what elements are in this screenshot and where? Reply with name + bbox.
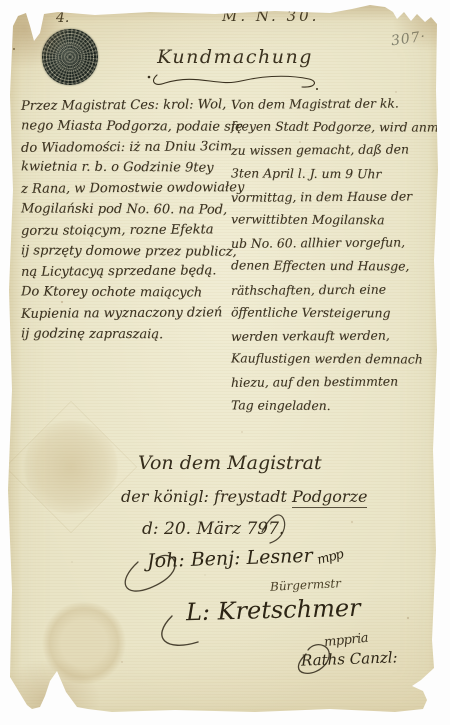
manuscript-line: gorzu stoiącym, rozne Efekta xyxy=(21,220,231,242)
scan-background: 4. M. N. 30. 307· Kundmachung Przez Magi… xyxy=(0,0,450,725)
closing-line-city: der königl: freystadt Podgorze xyxy=(121,487,367,506)
manuscript-line: Von dem Magistrat der kk. xyxy=(231,91,439,116)
closing-line-issuer: Von dem Magistrat xyxy=(138,452,322,474)
signature-mayor-name: Joh: Benj: Lesner xyxy=(147,545,313,573)
closing-date: d: 20. März 797. xyxy=(142,519,284,539)
signature-mayor: Joh: Benj: Lesnermpp xyxy=(147,544,343,573)
manuscript-line: räthschaften, durch eine xyxy=(231,277,439,302)
round-ink-seal-icon xyxy=(38,25,101,88)
manuscript-line: Kupienia na wyznaczony dzień xyxy=(21,303,231,325)
manuscript-line: Mogilański pod No. 60. na Pod, xyxy=(21,199,231,221)
document-title: Kundmachung xyxy=(145,46,325,68)
manuscript-line: ij sprzęty domowe przez publicz, xyxy=(21,241,231,263)
manuscript-line: Kauflustigen werden demnach xyxy=(231,347,439,371)
manuscript-line: Przez Magistrat Ces: krol: Wol, xyxy=(21,95,231,117)
manuscript-line: denen Effecten und Hausge, xyxy=(231,254,439,278)
manuscript-line: zu wissen gemacht, daß den xyxy=(231,138,439,163)
seal-bleedthrough-stain xyxy=(5,401,138,534)
closing-city-pre: der königl: freystadt xyxy=(121,487,292,506)
signature-clerk-title: Raths Canzl: xyxy=(301,648,398,669)
manuscript-line: 3ten April l. J. um 9 Uhr xyxy=(231,161,439,185)
manuscript-line: vormittag, in dem Hause der xyxy=(231,184,439,209)
manuscript-line: öffentliche Versteigerung xyxy=(231,300,439,324)
water-stain xyxy=(40,602,128,684)
signature-clerk-paraph: mppria xyxy=(323,631,368,651)
manuscript-line: z Rana, w Domostwie owdowiałey xyxy=(21,178,231,200)
manuscript-line: nego Miasta Podgorza, podaie się xyxy=(21,116,231,138)
right-column-text: Von dem Magistrat der kk. freyen Stadt P… xyxy=(231,92,439,417)
corner-number: 4. xyxy=(56,10,69,26)
manuscript-line: freyen Stadt Podgorze, wird anmit xyxy=(231,115,439,139)
file-number: M. N. 30. xyxy=(222,7,319,25)
manuscript-line: ij godzinę zapraszaią. xyxy=(21,324,231,346)
title-flourish-icon xyxy=(145,64,325,92)
signature-clerk-name: L: Kretschmer xyxy=(186,594,361,627)
manuscript-line: hiezu, auf den bestimmten xyxy=(231,370,439,395)
manuscript-line: werden verkauft werden, xyxy=(231,323,439,348)
closing-city-name: Podgorze xyxy=(292,487,367,508)
manuscript-line: ub No. 60. allhier vorgefun, xyxy=(231,230,439,255)
signature-mayor-paraph: mpp xyxy=(315,547,344,568)
signature-clerk: L: Kretschmer xyxy=(186,594,361,627)
manuscript-line: verwittibten Mogilanska xyxy=(231,207,439,231)
manuscript-paper: 4. M. N. 30. 307· Kundmachung Przez Magi… xyxy=(0,0,450,725)
manuscript-line: kwietnia r. b. o Godzinie 9tey xyxy=(21,158,231,180)
signature-mayor-title: Bürgermstr xyxy=(270,576,342,594)
archive-page-number: 307· xyxy=(390,29,427,50)
manuscript-line: do Wiadomości: iż na Dniu 3cim xyxy=(21,137,231,159)
manuscript-line: Do Ktorey ochote maiących xyxy=(21,283,231,305)
left-column-text: Przez Magistrat Ces: krol: Wol, nego Mia… xyxy=(21,96,231,346)
manuscript-line: ną Licytacyą sprzedane będą. xyxy=(21,262,231,284)
manuscript-line: Tag eingeladen. xyxy=(231,393,439,417)
heading-block: Kundmachung xyxy=(145,46,325,92)
